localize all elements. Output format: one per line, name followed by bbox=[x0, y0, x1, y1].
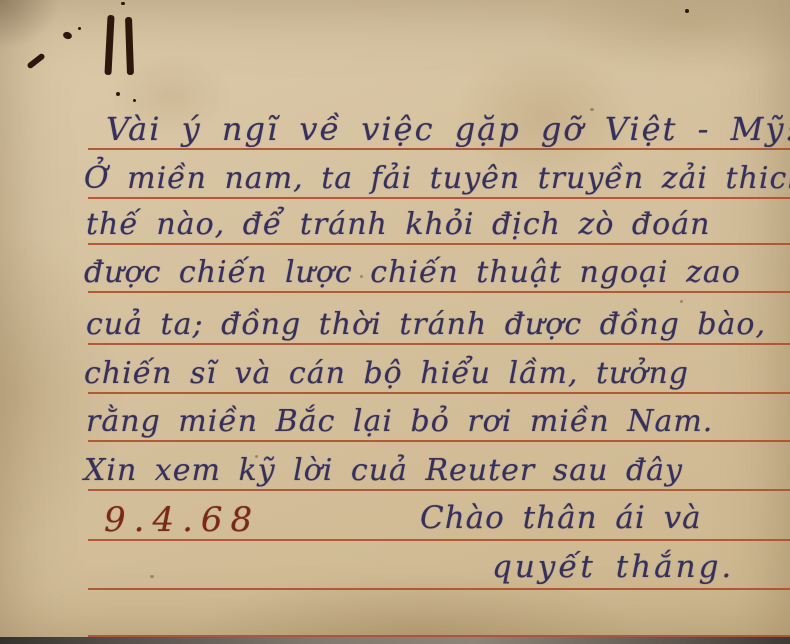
document-page: Vài ý ngĩ về việc gặp gỡ Việt - Mỹ: Ở mi… bbox=[0, 0, 790, 644]
ruled-line bbox=[88, 392, 790, 394]
ruled-line bbox=[88, 197, 790, 199]
ink-speck bbox=[116, 92, 120, 96]
handwritten-line: Xin xem kỹ lời cuả Reuter sau đây bbox=[84, 453, 683, 488]
paper-speck bbox=[150, 575, 154, 578]
ink-speck bbox=[133, 99, 136, 102]
date-text: 9.4.68 bbox=[104, 500, 260, 540]
ink-dash bbox=[26, 52, 45, 69]
handwritten-line: chiến sĩ và cán bộ hiểu lầm, tưởng bbox=[84, 356, 689, 391]
handwritten-line: được chiến lược chiến thuật ngoại zao bbox=[84, 255, 741, 290]
ruled-line bbox=[88, 440, 790, 442]
ruled-line bbox=[88, 243, 790, 245]
ink-speck bbox=[78, 27, 81, 30]
handwritten-line: thế nào, để tránh khỏi địch zò đoán bbox=[86, 207, 710, 242]
ruled-line bbox=[88, 489, 790, 491]
ruled-line bbox=[88, 343, 790, 345]
ink-speck bbox=[121, 2, 125, 5]
handwritten-line: cuả ta; đồng thời tránh được đồng bào, bbox=[86, 307, 766, 342]
handwritten-line: Ở miền nam, ta fải tuyên truyền zải thic… bbox=[84, 161, 790, 196]
ruled-line bbox=[88, 588, 790, 590]
handwritten-line-title: Vài ý ngĩ về việc gặp gỡ Việt - Mỹ: bbox=[106, 110, 790, 148]
ink-speck bbox=[685, 9, 689, 13]
ink-stroke bbox=[125, 17, 134, 75]
closing-line: Chào thân ái và bbox=[420, 500, 702, 536]
ink-dot bbox=[62, 31, 73, 41]
paper-corner-shade bbox=[0, 0, 60, 50]
photo-bottom-edge bbox=[0, 637, 790, 644]
closing-line: quyết thắng. bbox=[492, 549, 734, 585]
handwritten-line: rằng miền Bắc lại bỏ rơi miền Nam. bbox=[86, 404, 713, 439]
ink-stroke bbox=[104, 15, 114, 75]
ruled-line bbox=[88, 291, 790, 293]
ruled-line bbox=[88, 148, 790, 150]
paper-speck bbox=[680, 300, 683, 303]
